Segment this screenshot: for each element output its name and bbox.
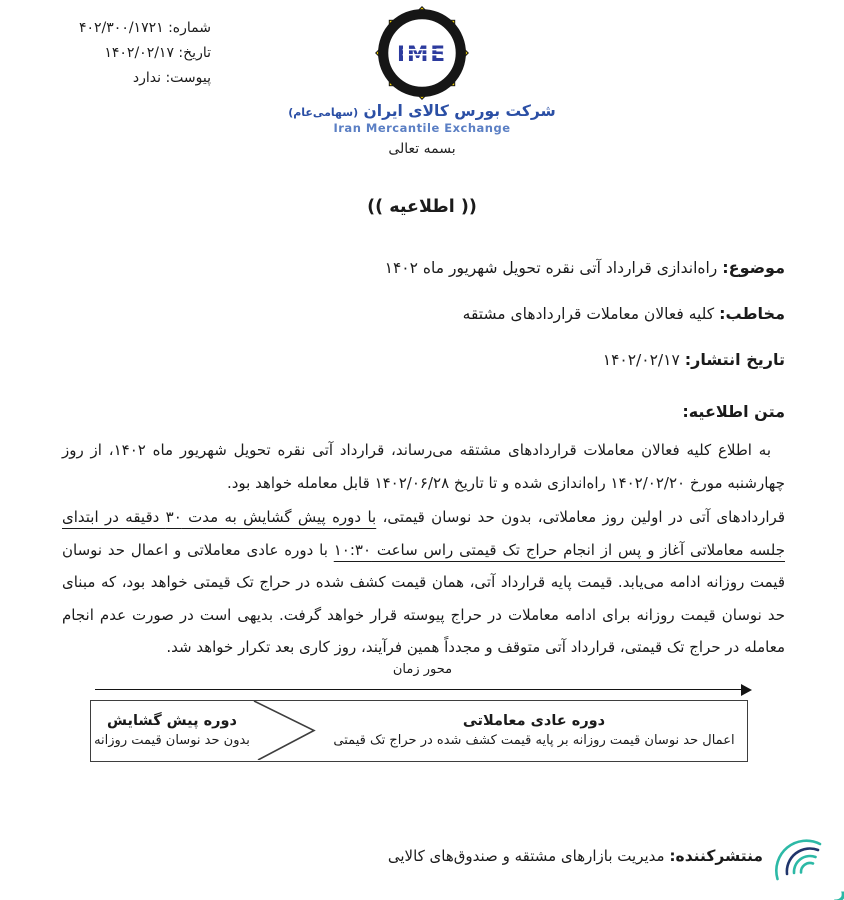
- audience-text: کلیه فعالان معاملات قراردادهای مشتقه: [463, 305, 715, 323]
- time-axis-line: [95, 689, 741, 690]
- subject-line: موضوع: راه‌اندازی قرارداد آتی نقره تحویل…: [62, 258, 785, 277]
- trading-phases-box: دوره پیش گشایش بدون حد نوسان قیمت روزانه…: [90, 700, 748, 762]
- publish-date-line: تاریخ انتشار: ۱۴۰۲/۰۲/۱۷: [62, 350, 785, 369]
- body-section-heading: متن اطلاعیه:: [62, 402, 785, 421]
- paragraph2-pre: قراردادهای آتی در اولین روز معاملاتی، بد…: [376, 508, 785, 526]
- publish-date-label: تاریخ انتشار:: [685, 350, 785, 369]
- time-axis-arrowhead-icon: [741, 684, 752, 696]
- company-name-fa: شرکت بورس کالای ایران (سهامی‌عام): [0, 102, 844, 120]
- pre-opening-title: دوره پیش گشایش: [107, 711, 237, 731]
- kalakhabar-watermark-logo: کالا خبر: [760, 820, 844, 900]
- company-name-en: Iran Mercantile Exchange: [0, 121, 844, 135]
- company-type: (سهامی‌عام): [288, 106, 358, 119]
- ime-logo-icon: IME: [375, 6, 469, 100]
- publisher-label: منتشرکننده:: [669, 847, 763, 865]
- besmeh-taala: بسمه تعالی: [0, 141, 844, 157]
- body-paragraph-2: قراردادهای آتی در اولین روز معاملاتی، بد…: [62, 501, 785, 664]
- publisher-text: مدیریت بازارهای مشتقه و صندوق‌های کالایی: [388, 847, 665, 865]
- time-axis-label: محور زمان: [95, 662, 750, 677]
- normal-trading-title: دوره عادی معاملاتی: [463, 711, 605, 731]
- publish-date-value: ۱۴۰۲/۰۲/۱۷: [603, 351, 680, 369]
- body-section-heading-text: متن اطلاعیه:: [682, 402, 785, 421]
- publisher-line: منتشرکننده: مدیریت بازارهای مشتقه و صندو…: [388, 847, 763, 865]
- page-title: (( اطلاعیه )): [0, 197, 844, 217]
- watermark-text-khabar: خبر: [834, 878, 844, 900]
- audience-label: مخاطب:: [719, 304, 785, 323]
- pre-opening-subtitle: بدون حد نوسان قیمت روزانه: [94, 731, 250, 751]
- audience-line: مخاطب: کلیه فعالان معاملات قراردادهای مش…: [62, 304, 785, 323]
- announcement-body: به اطلاع کلیه فعالان معاملات قراردادهای …: [62, 434, 785, 664]
- pre-opening-phase: دوره پیش گشایش بدون حد نوسان قیمت روزانه: [93, 701, 251, 761]
- announcement-document: شماره: ۴۰۲/۳۰۰/۱۷۲۱ تاریخ: ۱۴۰۲/۰۲/۱۷ پی…: [0, 0, 844, 900]
- company-name-main: شرکت بورس کالای ایران: [364, 102, 556, 120]
- normal-trading-subtitle: اعمال حد نوسان قیمت روزانه بر پایه قیمت …: [333, 731, 734, 751]
- subject-text: راه‌اندازی قرارداد آتی نقره تحویل شهریور…: [385, 259, 718, 277]
- body-paragraph-1: به اطلاع کلیه فعالان معاملات قراردادهای …: [62, 434, 785, 499]
- subject-label: موضوع:: [722, 258, 785, 277]
- normal-trading-phase: دوره عادی معاملاتی اعمال حد نوسان قیمت ر…: [329, 701, 739, 761]
- letterhead: IME شرکت بورس کالای ایران (سهامی‌عام) Ir…: [0, 6, 844, 157]
